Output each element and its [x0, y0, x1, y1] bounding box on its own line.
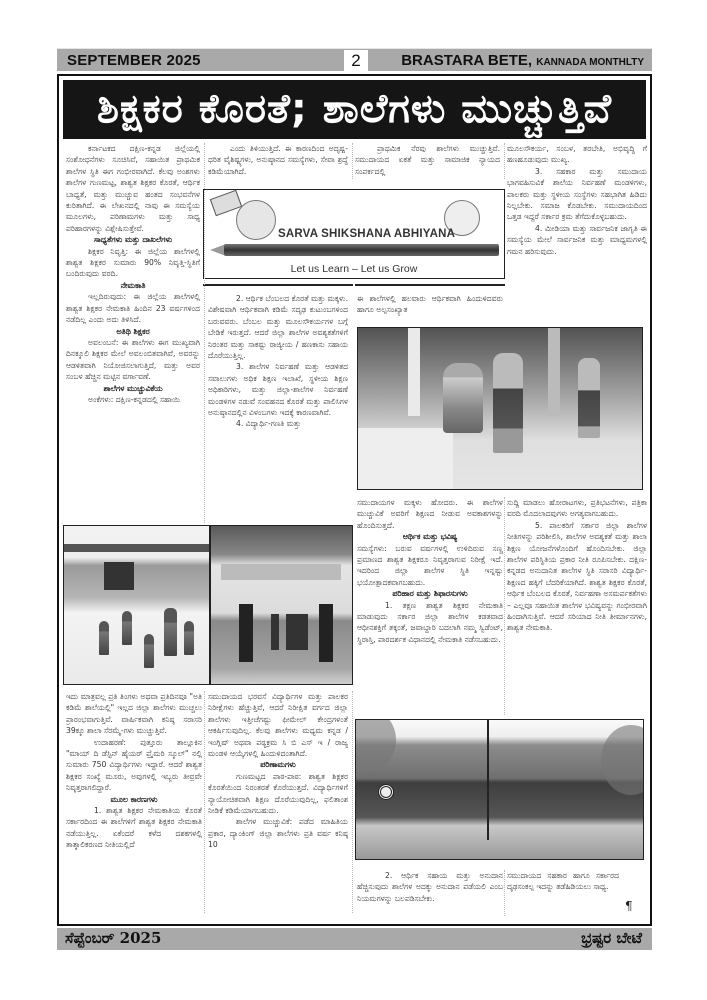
column-3-middle: ಈ ಶಾಲೆಗಳಲ್ಲಿ ಹಲವಾರು ಆರ್ಥಿಕವಾಗಿ ಹಿಂದುಳಿದವ… — [357, 293, 503, 319]
column-1-top: ಕರ್ನಾಟಕದ ದಕ್ಷಿಣ-ಕನ್ನಡ ಜಿಲ್ಲೆಯಲ್ಲಿ ಸಂಶೋಧನ… — [66, 143, 200, 521]
section-heading: ಸಾಧ್ಯತೆಗಳು ಮತ್ತು ದಾಖಲೆಗಳು — [66, 234, 200, 245]
list-item: 3. ಶಾಲೆಗಳ ನಿರ್ವಹಣೆ ಮತ್ತು ಆಡಳಿತದ ಸವಾಲುಗಳು… — [208, 361, 348, 418]
publication-subtitle: KANNADA MONTHLTY — [536, 57, 644, 68]
paragraph: ಸಮುದಾಯದ ಸಹಕಾರ ಹಾಗೂ ಸರ್ಕಾರದ ದೃಢಸಂಕಲ್ಪ ಇದನ… — [507, 870, 619, 893]
column-3-top: ಪ್ರಾಥಮಿಕ ನೆರವು ಶಾಲೆಗಳು ಮುಚ್ಚುತ್ತಿವೆ. ಸಮು… — [355, 143, 500, 179]
list-item: 3. ಸಹಕಾರ ಮತ್ತು ಸಮುದಾಯ ಭಾಗವಹಿಸುವಿಕೆ ಶಾಲೆಯ… — [507, 166, 647, 223]
article-title: ಶಿಕ್ಷಕರ ಕೊರತೆ; ಶಾಲೆಗಳು ಮುಚ್ಚುತ್ತಿವೆ — [63, 80, 646, 139]
paragraph: ಸಮುದಾಯಗಳ ಮಕ್ಕಳು ಹೋದರು. ಈ ಶಾಲೆಗಳ ಮುಚ್ಚುವಿ… — [357, 497, 503, 531]
tiled-roof-school-photo — [355, 719, 644, 860]
column-3-bottom: 2. ಆರ್ಥಿಕ ಸಹಾಯ ಮತ್ತು ಅನುದಾನ ಹೆಚ್ಚಿಸುವುದು… — [357, 870, 503, 916]
paragraph: ಅವಲಂಬನೆ: ಈ ಶಾಲೆಗಳು ಈಗ ಮುಖ್ಯವಾಗಿ ದಿನಕ್ಕೂಲ… — [66, 337, 200, 383]
column-3-lower: ಸಮುದಾಯಗಳ ಮಕ್ಕಳು ಹೋದರು. ಈ ಶಾಲೆಗಳ ಮುಚ್ಚುವಿ… — [357, 497, 503, 715]
paragraph: ಮೂಲಸೌಕರ್ಯ, ಸಂಬಳ, ತರಬೇತಿ, ಅಭಿವೃದ್ಧಿ ಗೆ ಹಣ… — [507, 143, 647, 166]
section-heading: ನೇಮಕಾತಿ — [66, 280, 200, 291]
paragraph: ಶಿಕ್ಷಕರ ನಿವೃತ್ತಿ: ಈ ಜಿಲ್ಲೆಯ ಶಾಲೆಗಳಲ್ಲಿ ಶ… — [66, 246, 200, 280]
page-number: 2 — [344, 50, 368, 71]
publication-name: BRASTARA BETE, KANNADA MONTHLTY — [401, 52, 644, 69]
footer-date: ಸೆಪ್ಟೆಂಬರ್ 2025 — [65, 929, 161, 947]
end-of-article-mark: ¶ — [625, 899, 633, 913]
sarva-shikshana-abhiyana-banner: SARVA SHIKSHANA ABHIYANA Let us Learn – … — [203, 189, 505, 279]
column-2-top: ಎಂದು ತಿಳಿಯುತ್ತಿದೆ. ಈ ಕಾರಣದಿಂದ ಅದೃಷ್ಟ-ಧರಿ… — [208, 143, 348, 179]
list-item: 4. ಮೀಡಿಯಾ ಮತ್ತು ಸಾರ್ವಜನಿಕ ಜಾಗೃತಿ ಈ ಸಮಸ್ಯ… — [507, 223, 647, 257]
column-divider — [352, 691, 353, 913]
column-4-bottom: ಸಮುದಾಯದ ಸಹಕಾರ ಹಾಗೂ ಸರ್ಕಾರದ ದೃಢಸಂಕಲ್ಪ ಇದನ… — [507, 870, 619, 916]
school-building-children-photo — [63, 525, 210, 685]
page-header: SEPTEMBER 2025 2 BRASTARA BETE, KANNADA … — [57, 48, 652, 71]
column-4-lower: ಸುದ್ದಿ ಮಾಡಲು ಹೋರಾಟಗಳು, ಪ್ರತಿಭಟನೆಗಳು, ಪತ್… — [507, 497, 647, 715]
paragraph: ಇದು ಮಾತ್ರವಲ್ಲ ಪ್ರತಿ ತಿಂಗಳು ಅಥವಾ ಪ್ರತಿದಿನ… — [66, 691, 202, 737]
list-item: 1. ತಕ್ಷಣ ಶಾಶ್ವತ ಶಿಕ್ಷಕರ ನೇಮಕಾತಿ ಮಾಡುವುದು… — [357, 600, 503, 646]
column-2-bottom: ಸಮುದಾಯದ ಭರವಸೆ ವಿದ್ಯಾರ್ಥಿಗಳ ಮತ್ತು ಪಾಲಕರ ನ… — [208, 691, 348, 913]
column-1-bottom: ಇದು ಮಾತ್ರವಲ್ಲ ಪ್ರತಿ ತಿಂಗಳು ಅಥವಾ ಪ್ರತಿದಿನ… — [66, 691, 202, 913]
list-item: 2. ಆರ್ಥಿಕ ಬೆಂಬಲದ ಕೊರತೆ ಮತ್ತು ಮಕ್ಕಳು. ವಿಶ… — [208, 293, 348, 361]
list-item: 4. ವಿದ್ಯಾರ್ಥಿ-ಗಣತಿ ಮತ್ತು — [208, 418, 348, 429]
paragraph: ಉದಾಹರಣೆ: ಪುತ್ತೂರು ತಾಲ್ಲೂಕಿನ "ಮಾಯ್ ದಿ ಡೆಸ… — [66, 737, 202, 794]
paragraph: ಸಮುದಾಯದ ಭರವಸೆ ವಿದ್ಯಾರ್ಥಿಗಳ ಮತ್ತು ಪಾಲಕರ ನ… — [208, 691, 348, 759]
paragraph: ಗುಣಮಟ್ಟದ ಪಾಠ-ಪಾಠ: ಶಾಶ್ವತ ಶಿಕ್ಷಕರ ಕೊರತೆಯಿ… — [208, 771, 348, 817]
divider — [355, 284, 505, 286]
school-building-front-photo — [210, 525, 353, 685]
list-item: 2. ಆರ್ಥಿಕ ಸಹಾಯ ಮತ್ತು ಅನುದಾನ ಹೆಚ್ಚಿಸುವುದು… — [357, 870, 503, 904]
column-divider — [352, 143, 353, 179]
list-item: 1. ಶಾಶ್ವತ ಶಿಕ್ಷಕರ ನೇಮಕಾತಿಯ ಕೊರತೆ ಸರ್ಕಾರದ… — [66, 805, 202, 851]
school-children-courtyard-photo — [357, 327, 643, 490]
footer-publication-name: ಭ್ರಷ್ಟರ ಬೇಟೆ — [581, 929, 642, 947]
divider — [203, 284, 353, 286]
paragraph: ಪ್ರಾಥಮಿಕ ನೆರವು ಶಾಲೆಗಳು ಮುಚ್ಚುತ್ತಿವೆ. ಸಮು… — [355, 143, 500, 177]
column-4-top: ಮೂಲಸೌಕರ್ಯ, ಸಂಬಳ, ತರಬೇತಿ, ಅಭಿವೃದ್ಧಿ ಗೆ ಹಣ… — [507, 143, 647, 323]
paragraph: ಈ ಶಾಲೆಗಳಲ್ಲಿ ಹಲವಾರು ಆರ್ಥಿಕವಾಗಿ ಹಿಂದುಳಿದವ… — [357, 293, 503, 316]
list-item: 5. ಪಾಲಕರಿಗೆ ಸರ್ಕಾರ ಜಿಲ್ಲಾ ಶಾಲೆಗಳ ನೀತಿಗಳನ… — [507, 520, 647, 634]
paragraph: ಅಂಕೆಗಳು: ದಕ್ಷಿಣ-ಕನ್ನಡದಲ್ಲಿ ಸಹಾಯಿ — [66, 394, 200, 405]
section-heading: ಅತಿಥಿ ಶಿಕ್ಷಕರ — [66, 326, 200, 337]
column-divider — [504, 143, 505, 179]
column-divider — [204, 143, 205, 523]
section-heading: ಪರಿಣಾಮಗಳು — [208, 759, 348, 770]
program-tagline: Let us Learn – Let us Grow — [204, 263, 504, 275]
section-heading: ಪರಿಹಾರ ಮತ್ತು ಶಿಫಾರಸುಗಳು — [357, 588, 503, 599]
child-illustration — [236, 200, 276, 240]
program-name: SARVA SHIKSHANA ABHIYANA — [278, 228, 455, 240]
paragraph: ಸಮಸ್ಯೆಗಳು: ಬರುವ ವರ್ಷಗಳಲ್ಲಿ ಉಳಿದಿರುವ ಸಣ್ಣ… — [357, 543, 503, 589]
intro-paragraph: ಕರ್ನಾಟಕದ ದಕ್ಷಿಣ-ಕನ್ನಡ ಜಿಲ್ಲೆಯಲ್ಲಿ ಸಂಶೋಧನ… — [66, 143, 200, 234]
section-heading: ಶಾಲೆಗಳ ಮುಚ್ಚುವಿಕೆಯ — [66, 383, 200, 394]
pencil-icon — [224, 244, 499, 256]
paragraph: ಇಲ್ಲದಿರುವುದು: ಈ ಜಿಲ್ಲೆಯ ಶಾಲೆಗಳಲ್ಲಿ ಶಾಶ್ವ… — [66, 291, 200, 325]
section-heading: ಮೂಲ ಕಾರಣಗಳು — [66, 794, 202, 805]
column-divider — [204, 691, 205, 913]
paragraph: ಎಂದು ತಿಳಿಯುತ್ತಿದೆ. ಈ ಕಾರಣದಿಂದ ಅದೃಷ್ಟ-ಧರಿ… — [208, 143, 348, 177]
paragraph: ಶಾಲೆಗಳ ಮುಚ್ಚುವಿಕೆ: ಪಡೆದ ಮಾಹಿತಿಯ ಪ್ರಕಾರ, … — [208, 816, 348, 850]
header-date: SEPTEMBER 2025 — [67, 52, 201, 69]
target-emblem-icon — [378, 784, 394, 800]
paragraph: ಸುದ್ದಿ ಮಾಡಲು ಹೋರಾಟಗಳು, ಪ್ರತಿಭಟನೆಗಳು, ಪತ್… — [507, 497, 647, 520]
section-heading: ಆರ್ಥಿಕ ಮತ್ತು ಭವಿಷ್ಯ — [357, 531, 503, 542]
column-divider — [504, 497, 505, 715]
column-divider — [504, 870, 505, 916]
page-footer: ಸೆಪ್ಟೆಂಬರ್ 2025 ಭ್ರಷ್ಟರ ಬೇಟೆ — [57, 928, 652, 950]
column-2-middle: 2. ಆರ್ಥಿಕ ಬೆಂಬಲದ ಕೊರತೆ ಮತ್ತು ಮಕ್ಕಳು. ವಿಶ… — [208, 293, 348, 521]
